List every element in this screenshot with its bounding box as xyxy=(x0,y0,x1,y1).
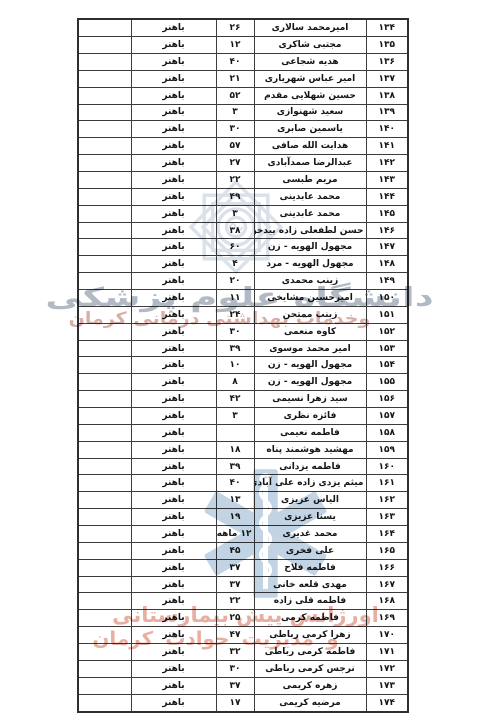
patient-name-cell: فاطمه کرمی xyxy=(254,610,366,627)
row-number-cell: ۱۳۴ xyxy=(366,19,408,37)
hospital-cell: باهنر xyxy=(131,340,216,357)
hospital-cell: باهنر xyxy=(131,391,216,408)
hospital-cell: باهنر xyxy=(131,87,216,104)
table-row: ۱۷۲ نرجس کرمی رباطی ۳۰ باهنر xyxy=(78,660,408,677)
empty-cell xyxy=(78,205,131,222)
empty-cell xyxy=(78,37,131,54)
empty-cell xyxy=(78,509,131,526)
row-number-cell: ۱۴۹ xyxy=(366,273,408,290)
age-cell: ۲۷ xyxy=(216,155,254,172)
table-row: ۱۳۷ امیر عباس شهریاری ۲۱ باهنر xyxy=(78,70,408,87)
empty-cell xyxy=(78,526,131,543)
row-number-cell: ۱۴۳ xyxy=(366,172,408,189)
age-cell: ۱۱ xyxy=(216,290,254,307)
age-cell: ۳۷ xyxy=(216,677,254,694)
hospital-cell: باهنر xyxy=(131,256,216,273)
table-row: ۱۴۵ محمد عابدینی ۳ باهنر xyxy=(78,205,408,222)
patient-name-cell: الیاس عزیزی xyxy=(254,492,366,509)
age-cell: ۱۲ ماهه xyxy=(216,526,254,543)
age-cell: ۳۰ xyxy=(216,121,254,138)
age-cell: ۳۷ xyxy=(216,559,254,576)
age-cell: ۵۲ xyxy=(216,87,254,104)
table-row: ۱۶۴ محمد غدیری ۱۲ ماهه باهنر xyxy=(78,526,408,543)
age-cell: ۴ xyxy=(216,256,254,273)
patient-name-cell: امیرمحمد سالاری xyxy=(254,19,366,37)
age-cell: ۳ xyxy=(216,205,254,222)
hospital-cell: باهنر xyxy=(131,627,216,644)
hospital-cell: باهنر xyxy=(131,53,216,70)
table-row: ۱۴۰ یاسمین صابری ۳۰ باهنر xyxy=(78,121,408,138)
age-cell: ۳۲ xyxy=(216,644,254,661)
row-number-cell: ۱۶۴ xyxy=(366,526,408,543)
patient-name-cell: محمد عابدینی xyxy=(254,205,366,222)
empty-cell xyxy=(78,357,131,374)
table-row: ۱۵۰ امیرحسین مشایخی ۱۱ باهنر xyxy=(78,290,408,307)
empty-cell xyxy=(78,19,131,37)
empty-cell xyxy=(78,70,131,87)
row-number-cell: ۱۴۷ xyxy=(366,239,408,256)
patient-name-cell: فاطمه کرمی رباطی xyxy=(254,644,366,661)
empty-cell xyxy=(78,458,131,475)
age-cell: ۶۰ xyxy=(216,239,254,256)
table-row: ۱۶۸ فاطمه قلی زاده ۲۲ باهنر xyxy=(78,593,408,610)
row-number-cell: ۱۴۰ xyxy=(366,121,408,138)
hospital-cell: باهنر xyxy=(131,306,216,323)
hospital-cell: باهنر xyxy=(131,205,216,222)
hospital-cell: باهنر xyxy=(131,542,216,559)
age-cell: ۱۰ xyxy=(216,357,254,374)
row-number-cell: ۱۴۸ xyxy=(366,256,408,273)
patient-name-cell: زهره کریمی xyxy=(254,677,366,694)
age-cell: ۱۳ xyxy=(216,492,254,509)
empty-cell xyxy=(78,172,131,189)
hospital-cell: باهنر xyxy=(131,273,216,290)
table-row: ۱۵۹ مهشید هوشمند پناه ۱۸ باهنر xyxy=(78,441,408,458)
row-number-cell: ۱۳۵ xyxy=(366,37,408,54)
hospital-cell: باهنر xyxy=(131,576,216,593)
empty-cell xyxy=(78,239,131,256)
table-row: ۱۴۳ مریم طبسی ۲۲ باهنر xyxy=(78,172,408,189)
empty-cell xyxy=(78,121,131,138)
empty-cell xyxy=(78,104,131,121)
table-row: ۱۴۲ عبدالرضا صمدآبادی ۲۷ باهنر xyxy=(78,155,408,172)
row-number-cell: ۱۵۹ xyxy=(366,441,408,458)
row-number-cell: ۱۶۷ xyxy=(366,576,408,593)
empty-cell xyxy=(78,256,131,273)
row-number-cell: ۱۳۶ xyxy=(366,53,408,70)
patient-name-cell: زینب ممتحن xyxy=(254,306,366,323)
patient-name-cell: سعید شهنوازی xyxy=(254,104,366,121)
age-cell: ۸ xyxy=(216,374,254,391)
empty-cell xyxy=(78,593,131,610)
hospital-cell: باهنر xyxy=(131,593,216,610)
hospital-cell: باهنر xyxy=(131,188,216,205)
table-row: ۱۵۱ زینب ممتحن ۲۴ باهنر xyxy=(78,306,408,323)
empty-cell xyxy=(78,677,131,694)
row-number-cell: ۱۵۰ xyxy=(366,290,408,307)
empty-cell xyxy=(78,188,131,205)
age-cell: ۴۰ xyxy=(216,475,254,492)
patient-name-cell: محمد عابدینی xyxy=(254,188,366,205)
hospital-cell: باهنر xyxy=(131,239,216,256)
patient-name-cell: محمد غدیری xyxy=(254,526,366,543)
patient-name-cell: کاوه منعمی xyxy=(254,323,366,340)
hospital-cell: باهنر xyxy=(131,458,216,475)
table-row: ۱۶۶ فاطمه فلاح ۳۷ باهنر xyxy=(78,559,408,576)
empty-cell xyxy=(78,138,131,155)
row-number-cell: ۱۴۲ xyxy=(366,155,408,172)
patient-name-cell: فاطمه نعیمی xyxy=(254,424,366,441)
age-cell: ۲۰ xyxy=(216,273,254,290)
age-cell: ۱۹ xyxy=(216,509,254,526)
row-number-cell: ۱۳۸ xyxy=(366,87,408,104)
row-number-cell: ۱۶۵ xyxy=(366,542,408,559)
age-cell: ۲۵ xyxy=(216,610,254,627)
patient-name-cell: فاطمه قلی زاده xyxy=(254,593,366,610)
hospital-cell: باهنر xyxy=(131,104,216,121)
row-number-cell: ۱۵۱ xyxy=(366,306,408,323)
empty-cell xyxy=(78,87,131,104)
empty-cell xyxy=(78,374,131,391)
scanned-patient-list-page: دانشگاه علوم پزشکی وخدمات بهداشتی درمانی… xyxy=(0,0,479,720)
hospital-cell: باهنر xyxy=(131,172,216,189)
empty-cell xyxy=(78,660,131,677)
row-number-cell: ۱۵۲ xyxy=(366,323,408,340)
row-number-cell: ۱۴۶ xyxy=(366,222,408,239)
table-row: ۱۳۵ مجتبی شاکری ۱۲ باهنر xyxy=(78,37,408,54)
table-row: ۱۴۷ مجهول الهویه - زن ۶۰ باهنر xyxy=(78,239,408,256)
patient-name-cell: مجتبی شاکری xyxy=(254,37,366,54)
patient-name-cell: زهرا کرمی رباطی xyxy=(254,627,366,644)
table-row: ۱۶۹ فاطمه کرمی ۲۵ باهنر xyxy=(78,610,408,627)
hospital-cell: باهنر xyxy=(131,644,216,661)
row-number-cell: ۱۶۳ xyxy=(366,509,408,526)
row-number-cell: ۱۶۹ xyxy=(366,610,408,627)
age-cell: ۳۰ xyxy=(216,323,254,340)
hospital-cell: باهنر xyxy=(131,222,216,239)
row-number-cell: ۱۷۰ xyxy=(366,627,408,644)
hospital-cell: باهنر xyxy=(131,660,216,677)
patient-name-cell: مجهول الهویه - زن xyxy=(254,239,366,256)
patient-name-cell: مریم طبسی xyxy=(254,172,366,189)
table-row: ۱۵۶ سید زهرا نسیمی ۴۲ باهنر xyxy=(78,391,408,408)
table-row: ۱۶۳ یسنا عزیزی ۱۹ باهنر xyxy=(78,509,408,526)
patient-name-cell: مرضیه کریمی xyxy=(254,694,366,712)
row-number-cell: ۱۶۱ xyxy=(366,475,408,492)
age-cell: ۲۱ xyxy=(216,70,254,87)
hospital-cell: باهنر xyxy=(131,357,216,374)
table-row: ۱۳۶ هدیه شجاعی ۴۰ باهنر xyxy=(78,53,408,70)
hospital-cell: باهنر xyxy=(131,424,216,441)
patient-name-cell: هدایت الله صافی xyxy=(254,138,366,155)
hospital-cell: باهنر xyxy=(131,121,216,138)
row-number-cell: ۱۷۱ xyxy=(366,644,408,661)
hospital-cell: باهنر xyxy=(131,677,216,694)
row-number-cell: ۱۵۴ xyxy=(366,357,408,374)
patient-name-cell: میثم یزدی زاده علی آبادی xyxy=(254,475,366,492)
hospital-cell: باهنر xyxy=(131,475,216,492)
empty-cell xyxy=(78,391,131,408)
age-cell: ۳ xyxy=(216,104,254,121)
row-number-cell: ۱۴۴ xyxy=(366,188,408,205)
table-row: ۱۷۳ زهره کریمی ۳۷ باهنر xyxy=(78,677,408,694)
patient-name-cell: امیر عباس شهریاری xyxy=(254,70,366,87)
table-row: ۱۵۸ فاطمه نعیمی باهنر xyxy=(78,424,408,441)
empty-cell xyxy=(78,475,131,492)
age-cell: ۲۲ xyxy=(216,593,254,610)
hospital-cell: باهنر xyxy=(131,526,216,543)
empty-cell xyxy=(78,323,131,340)
empty-cell xyxy=(78,610,131,627)
patient-name-cell: زینب محمدی xyxy=(254,273,366,290)
patient-name-cell: مجهول الهویه - زن xyxy=(254,357,366,374)
patient-name-cell: هدیه شجاعی xyxy=(254,53,366,70)
age-cell: ۴۷ xyxy=(216,627,254,644)
row-number-cell: ۱۶۲ xyxy=(366,492,408,509)
empty-cell xyxy=(78,408,131,425)
empty-cell xyxy=(78,694,131,712)
row-number-cell: ۱۵۶ xyxy=(366,391,408,408)
row-number-cell: ۱۴۵ xyxy=(366,205,408,222)
patient-name-cell: امیر محمد موسوی xyxy=(254,340,366,357)
hospital-cell: باهنر xyxy=(131,374,216,391)
row-number-cell: ۱۷۴ xyxy=(366,694,408,712)
table-row: ۱۵۴ مجهول الهویه - زن ۱۰ باهنر xyxy=(78,357,408,374)
patient-name-cell: مهشید هوشمند پناه xyxy=(254,441,366,458)
hospital-cell: باهنر xyxy=(131,290,216,307)
patient-name-cell: یاسمین صابری xyxy=(254,121,366,138)
row-number-cell: ۱۵۷ xyxy=(366,408,408,425)
age-cell: ۴۵ xyxy=(216,542,254,559)
hospital-cell: باهنر xyxy=(131,37,216,54)
patient-name-cell: علی فخری xyxy=(254,542,366,559)
hospital-cell: باهنر xyxy=(131,509,216,526)
hospital-cell: باهنر xyxy=(131,70,216,87)
patient-name-cell: فائزه نظری xyxy=(254,408,366,425)
table-row: ۱۳۸ حسین شهلایی مقدم ۵۲ باهنر xyxy=(78,87,408,104)
empty-cell xyxy=(78,627,131,644)
table-row: ۱۴۶ حسن لطفعلی زاده بیدخوانی ۳۸ باهنر xyxy=(78,222,408,239)
empty-cell xyxy=(78,492,131,509)
table-row: ۱۵۳ امیر محمد موسوی ۳۹ باهنر xyxy=(78,340,408,357)
table-row: ۱۶۰ فاطمه یزدانی ۳۹ باهنر xyxy=(78,458,408,475)
age-cell: ۳۰ xyxy=(216,660,254,677)
age-cell: ۲۶ xyxy=(216,19,254,37)
table-row: ۱۳۹ سعید شهنوازی ۳ باهنر xyxy=(78,104,408,121)
age-cell: ۱۸ xyxy=(216,441,254,458)
age-cell: ۳۷ xyxy=(216,576,254,593)
row-number-cell: ۱۵۸ xyxy=(366,424,408,441)
empty-cell xyxy=(78,306,131,323)
empty-cell xyxy=(78,273,131,290)
age-cell: ۳ xyxy=(216,408,254,425)
empty-cell xyxy=(78,441,131,458)
patient-name-cell: مجهول الهویه - زن xyxy=(254,374,366,391)
age-cell: ۵۷ xyxy=(216,138,254,155)
hospital-cell: باهنر xyxy=(131,19,216,37)
hospital-cell: باهنر xyxy=(131,408,216,425)
empty-cell xyxy=(78,340,131,357)
empty-cell xyxy=(78,424,131,441)
hospital-cell: باهنر xyxy=(131,441,216,458)
table-row: ۱۴۱ هدایت الله صافی ۵۷ باهنر xyxy=(78,138,408,155)
patient-name-cell: نرجس کرمی رباطی xyxy=(254,660,366,677)
age-cell: ۲۴ xyxy=(216,306,254,323)
row-number-cell: ۱۷۲ xyxy=(366,660,408,677)
row-number-cell: ۱۶۶ xyxy=(366,559,408,576)
patient-name-cell: مجهول الهویه - مرد xyxy=(254,256,366,273)
table-row: ۱۶۱ میثم یزدی زاده علی آبادی ۴۰ باهنر xyxy=(78,475,408,492)
row-number-cell: ۱۵۵ xyxy=(366,374,408,391)
table-row: ۱۷۴ مرضیه کریمی ۱۷ باهنر xyxy=(78,694,408,712)
hospital-cell: باهنر xyxy=(131,610,216,627)
age-cell: ۲۲ xyxy=(216,172,254,189)
row-number-cell: ۱۳۹ xyxy=(366,104,408,121)
row-number-cell: ۱۷۳ xyxy=(366,677,408,694)
row-number-cell: ۱۶۰ xyxy=(366,458,408,475)
table-row: ۱۵۵ مجهول الهویه - زن ۸ باهنر xyxy=(78,374,408,391)
patient-name-cell: فاطمه فلاح xyxy=(254,559,366,576)
table-row: ۱۵۲ کاوه منعمی ۳۰ باهنر xyxy=(78,323,408,340)
row-number-cell: ۱۳۷ xyxy=(366,70,408,87)
patient-table-body: ۱۳۴ امیرمحمد سالاری ۲۶ باهنر ۱۳۵ مجتبی ش… xyxy=(78,19,408,712)
patient-name-cell: یسنا عزیزی xyxy=(254,509,366,526)
patient-name-cell: امیرحسین مشایخی xyxy=(254,290,366,307)
hospital-cell: باهنر xyxy=(131,694,216,712)
hospital-cell: باهنر xyxy=(131,138,216,155)
patient-name-cell: حسن لطفعلی زاده بیدخوانی xyxy=(254,222,366,239)
empty-cell xyxy=(78,222,131,239)
empty-cell xyxy=(78,542,131,559)
table-row: ۱۷۰ زهرا کرمی رباطی ۴۷ باهنر xyxy=(78,627,408,644)
table-row: ۱۴۹ زینب محمدی ۲۰ باهنر xyxy=(78,273,408,290)
table-row: ۱۶۷ مهدی قلعه خانی ۳۷ باهنر xyxy=(78,576,408,593)
table-row: ۱۶۵ علی فخری ۴۵ باهنر xyxy=(78,542,408,559)
table-row: ۱۴۸ مجهول الهویه - مرد ۴ باهنر xyxy=(78,256,408,273)
table-row: ۱۵۷ فائزه نظری ۳ باهنر xyxy=(78,408,408,425)
hospital-cell: باهنر xyxy=(131,559,216,576)
age-cell: ۱۲ xyxy=(216,37,254,54)
empty-cell xyxy=(78,155,131,172)
patient-table: ۱۳۴ امیرمحمد سالاری ۲۶ باهنر ۱۳۵ مجتبی ش… xyxy=(77,18,409,713)
empty-cell xyxy=(78,644,131,661)
empty-cell xyxy=(78,53,131,70)
hospital-cell: باهنر xyxy=(131,492,216,509)
patient-name-cell: حسین شهلایی مقدم xyxy=(254,87,366,104)
row-number-cell: ۱۴۱ xyxy=(366,138,408,155)
row-number-cell: ۱۵۳ xyxy=(366,340,408,357)
empty-cell xyxy=(78,559,131,576)
patient-table-container: ۱۳۴ امیرمحمد سالاری ۲۶ باهنر ۱۳۵ مجتبی ش… xyxy=(77,18,409,713)
row-number-cell: ۱۶۸ xyxy=(366,593,408,610)
age-cell: ۳۸ xyxy=(216,222,254,239)
table-row: ۱۷۱ فاطمه کرمی رباطی ۳۲ باهنر xyxy=(78,644,408,661)
empty-cell xyxy=(78,290,131,307)
age-cell: ۴۰ xyxy=(216,53,254,70)
empty-cell xyxy=(78,576,131,593)
table-row: ۱۶۲ الیاس عزیزی ۱۳ باهنر xyxy=(78,492,408,509)
age-cell: ۱۷ xyxy=(216,694,254,712)
age-cell: ۳۹ xyxy=(216,458,254,475)
age-cell xyxy=(216,424,254,441)
hospital-cell: باهنر xyxy=(131,323,216,340)
table-row: ۱۴۴ محمد عابدینی ۴۹ باهنر xyxy=(78,188,408,205)
patient-name-cell: مهدی قلعه خانی xyxy=(254,576,366,593)
age-cell: ۴۲ xyxy=(216,391,254,408)
patient-name-cell: عبدالرضا صمدآبادی xyxy=(254,155,366,172)
age-cell: ۴۹ xyxy=(216,188,254,205)
patient-name-cell: فاطمه یزدانی xyxy=(254,458,366,475)
patient-name-cell: سید زهرا نسیمی xyxy=(254,391,366,408)
hospital-cell: باهنر xyxy=(131,155,216,172)
age-cell: ۳۹ xyxy=(216,340,254,357)
table-row: ۱۳۴ امیرمحمد سالاری ۲۶ باهنر xyxy=(78,19,408,37)
